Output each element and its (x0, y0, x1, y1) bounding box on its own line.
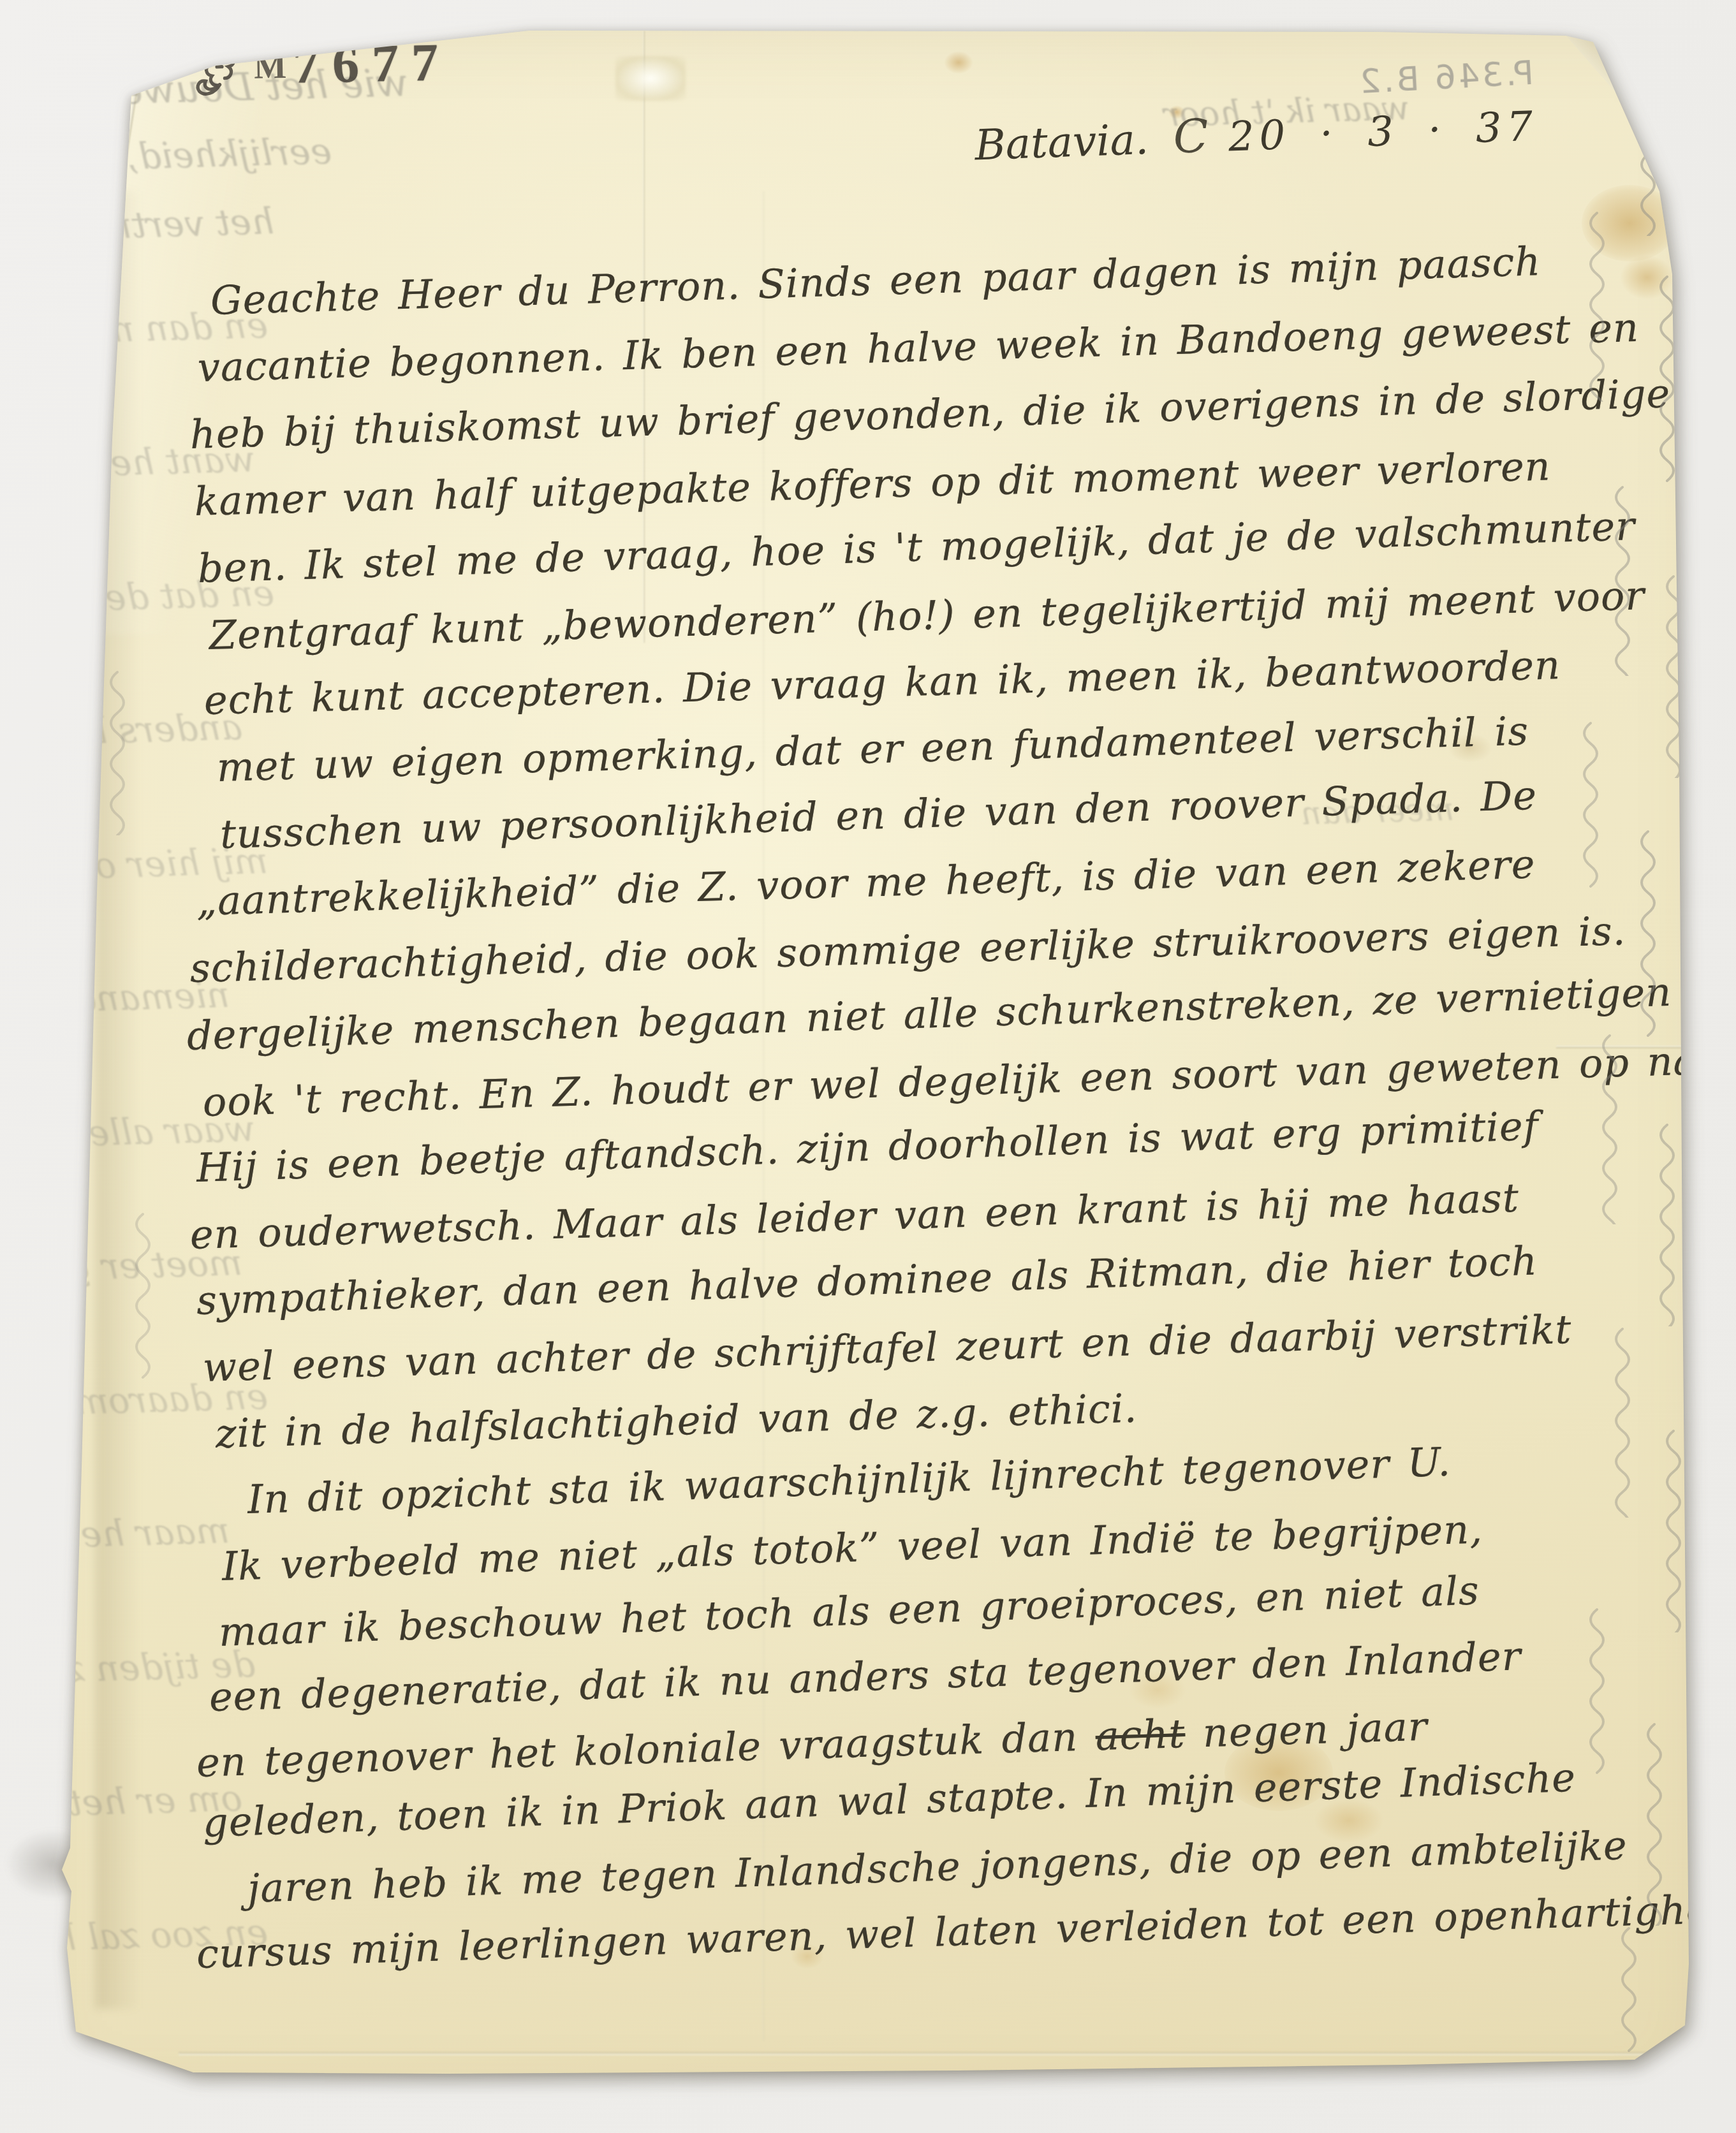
scan-background: wie het Douwes Dekker. Dat deed ik uit p… (0, 0, 1736, 2133)
bleedthrough-squiggle (1652, 274, 1680, 491)
bleedthrough-squiggle (1658, 1428, 1686, 1632)
bleedthrough-squiggle (102, 670, 130, 835)
bleedthrough-line: het geval (0, 510, 36, 551)
stamp-number: 7677 (292, 31, 452, 96)
bleedthrough-line: maar het komt uit een goed hart en dat i… (0, 1510, 230, 1580)
lion-stamp-icon (191, 32, 251, 99)
stamp-letter: M (254, 47, 287, 87)
bleedthrough-squiggle (1582, 210, 1610, 402)
dogear-fold (1548, 33, 1625, 103)
archive-stamp: M 7677 (191, 28, 452, 99)
dateline-place: Batavia. (974, 115, 1149, 170)
bleedthrough-line: eerlijkheid, om de rede der Hollandsche … (0, 131, 332, 208)
handwritten-line: wel eens van achter de schrijftafel zeur… (202, 1306, 1572, 1391)
bleedthrough-squiggle (1633, 829, 1661, 1039)
dateline-date: 20 · 3 · 37 (1228, 103, 1539, 161)
paper-stain (944, 51, 973, 74)
bleedthrough-squiggle (1633, 70, 1661, 236)
bleedthrough-squiggle (1639, 1722, 1667, 1926)
letter-page: wie het Douwes Dekker. Dat deed ik uit p… (0, 0, 1736, 2133)
bleedthrough-line: wanneer (0, 931, 52, 972)
handwritten-line: Geachte Heer du Perron. Sinds een paar d… (210, 238, 1541, 324)
bleedthrough-squiggle (1607, 485, 1635, 676)
bleedthrough-line: nog niet (0, 421, 61, 462)
bleedthrough-squiggle (1607, 1326, 1635, 1518)
dateline: Batavia. C 20 · 3 · 37 (974, 98, 1539, 171)
bleedthrough-squiggle (1658, 574, 1686, 778)
bleedthrough-squiggle (1582, 1607, 1610, 1785)
paper-crease (179, 2052, 1665, 2055)
bleedthrough-line: en verder (0, 1314, 39, 1355)
paper-stain (45, 167, 83, 200)
bleedthrough-squiggle (1594, 1033, 1622, 1224)
handwritten-line: zit in de halfslachtigheid van de z.g. e… (215, 1385, 1138, 1457)
paper-shadow-wrap: wie het Douwes Dekker. Dat deed ik uit p… (0, 0, 1736, 2133)
paper-tear (615, 56, 686, 101)
handwritten-line: echt kunt accepteren. Die vraag kan ik, … (203, 641, 1561, 724)
bleedthrough-squiggle (1575, 721, 1603, 899)
bleedthrough-squiggle (1614, 1926, 1642, 2066)
dateline-flourish: C (1172, 109, 1209, 164)
bleedthrough-line: het beleid en (0, 1581, 45, 1624)
pencil-note: P.346 B.2 (1357, 54, 1535, 101)
bleedthrough-squiggle (1652, 1122, 1680, 1326)
bleedthrough-squiggle (128, 1212, 156, 1390)
bleedthrough-line: zoo zal (0, 332, 39, 372)
handwritten-line: „aantrekkelijkheid” die Z. voor me heeft… (196, 840, 1536, 925)
bleedthrough-line: het vertrouwen niet minder en bewust, ma… (0, 201, 275, 275)
